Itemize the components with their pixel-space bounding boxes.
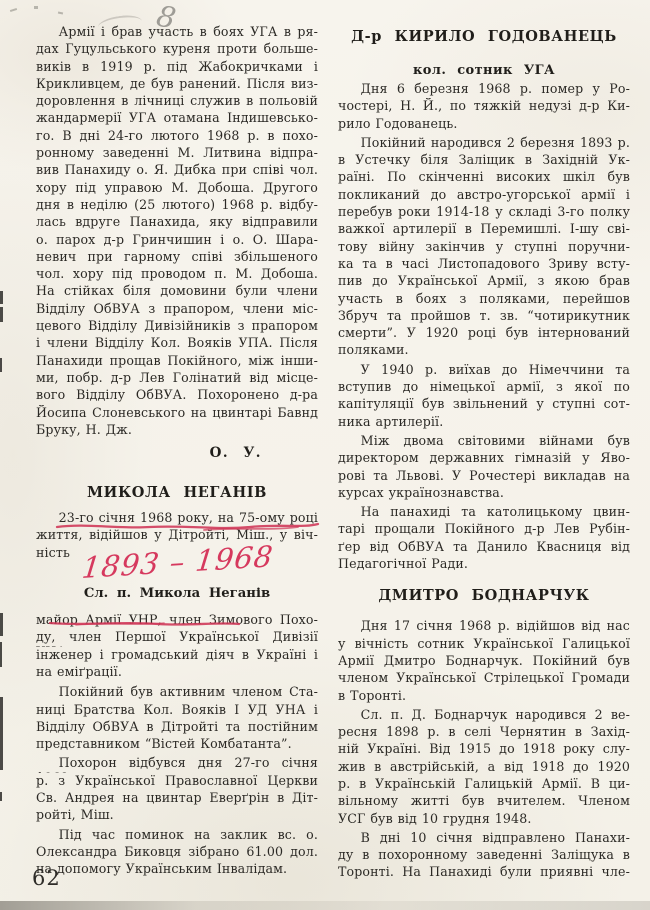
paragraph: У 1940 р. виїхав до Німеччини тавступив … xyxy=(338,362,630,431)
photo-caption: Сл. п. Микола Неганів xyxy=(36,585,318,602)
scan-speck xyxy=(58,12,63,15)
scan-edge-mark xyxy=(0,792,2,801)
paragraph: Похорон відбувся дня 27-го січня 1968р. … xyxy=(36,755,318,824)
obituary-subheading: кол. сотник УГА xyxy=(338,63,630,79)
paragraph: Дня 6 березня 1968 р. помер у Ро-чостері… xyxy=(338,81,630,133)
obituary-continuation-paragraph: Армії і брав участь в боях УГА в ря-дах … xyxy=(36,24,318,439)
paragraph: Покійний народився 2 березня 1893 р.в Ус… xyxy=(338,135,630,360)
scan-speck xyxy=(34,6,38,9)
scan-edge-mark xyxy=(0,642,2,667)
page-number: 62 xyxy=(32,866,61,890)
scanned-page: 8 Армії і брав участь в боях УГА в ря-да… xyxy=(0,0,650,910)
paragraph: Сл. п. Д. Боднарчук народився 2 ве-ресня… xyxy=(338,707,630,828)
obituary-heading-neganiv: МИКОЛА НЕГАНІВ xyxy=(36,484,318,502)
paragraph: Дня 17 січня 1968 р. відійшов від насу в… xyxy=(338,618,630,704)
author-initials: О. У. xyxy=(36,445,318,462)
scan-bottom-shadow xyxy=(0,901,650,910)
paragraph: Під час поминок на заклик вс. о.Олександ… xyxy=(36,827,318,879)
left-column: Армії і брав участь в боях УГА в ря-дах … xyxy=(36,24,318,878)
scan-edge-mark xyxy=(0,613,3,636)
paragraph: На панахиді та католицькому цвин-тарі пр… xyxy=(338,504,630,573)
paragraph: В дні 10 січня відправлено Панахи-ду в п… xyxy=(338,830,630,882)
right-column: Д-р КИРИЛО ГОДОВАНЕЦЬ кол. сотник УГА Дн… xyxy=(338,28,630,882)
paragraph: Між двома світовими війнами бувдиректоро… xyxy=(338,433,630,502)
paragraph: майор Армії УНР, член Зимового Похо-ду, … xyxy=(36,612,318,681)
scan-edge-mark xyxy=(0,697,3,770)
paragraph: Покійний був активним членом Ста-ниці Бр… xyxy=(36,684,318,753)
scan-edge-mark xyxy=(0,358,2,372)
obituary-heading-hodovanets: Д-р КИРИЛО ГОДОВАНЕЦЬ xyxy=(338,28,630,46)
scan-edge-mark xyxy=(0,307,3,322)
scan-speck xyxy=(10,8,17,12)
obituary-heading-bodnarchuk: ДМИТРО БОДНАРЧУК xyxy=(338,587,630,605)
scan-edge-mark xyxy=(0,291,3,304)
